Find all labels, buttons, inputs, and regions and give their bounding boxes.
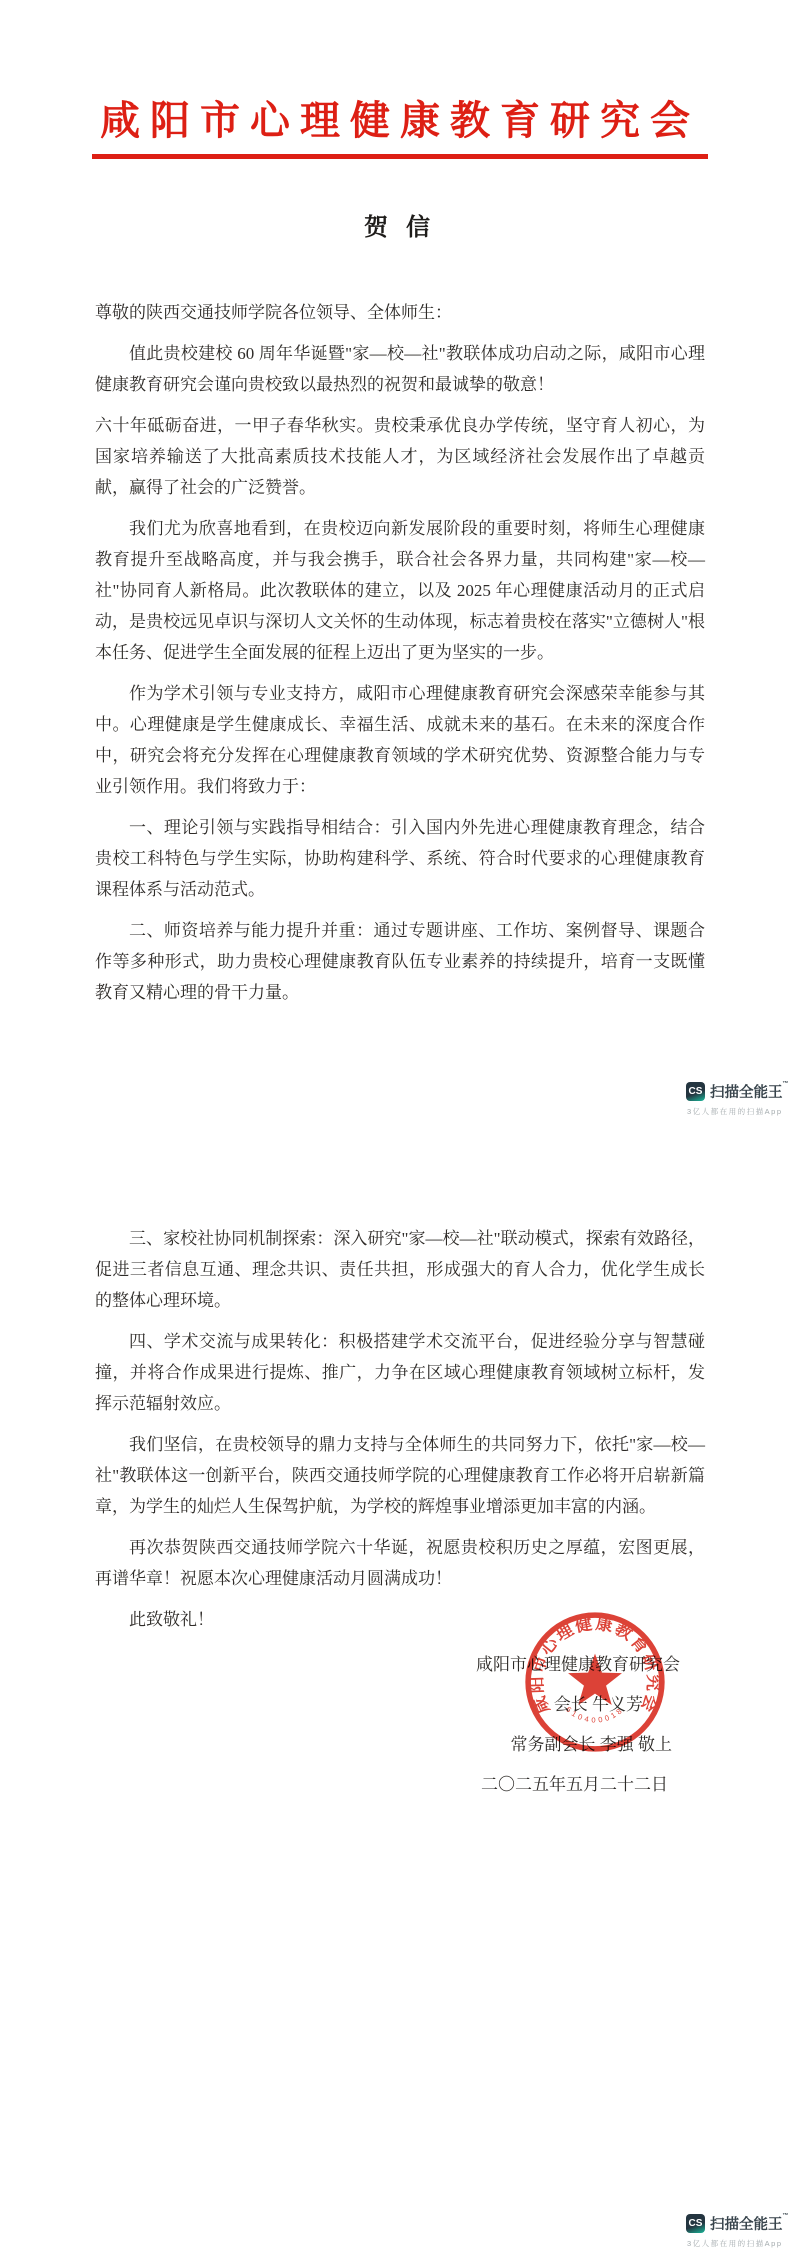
signature-date: 二〇二五年五月二十二日 (0, 1765, 800, 1805)
paragraph-10: 我们坚信，在贵校领导的鼎力支持与全体师生的共同努力下，依托"家—校—社"教联体这… (95, 1429, 705, 1522)
camscanner-brand-name: 扫描全能王™ (710, 1081, 789, 1102)
document-title: 贺 信 (0, 215, 800, 241)
paragraph-2: 值此贵校建校 60 周年华诞暨"家—校—社"教联体成功启动之际，咸阳市心理健康教… (95, 338, 705, 400)
signature-block: 咸阳市心理健康教育研究会 会长 牛义芳 常务副会长 李强 敬上 二〇二五年五月二… (0, 1645, 800, 1805)
camscanner-logo-icon: CS (686, 2214, 705, 2233)
paragraph-9: 四、学术交流与成果转化：积极搭建学术交流平台，促进经验分享与智慧碰撞，并将合作成… (95, 1326, 705, 1419)
camscanner-tagline: 3亿人都在用的扫描App (686, 1106, 798, 1117)
camscanner-logo-icon: CS (686, 1082, 705, 1101)
trademark-symbol: ™ (783, 2213, 789, 2219)
letterhead-org-title: 咸阳市心理健康教育研究会 (0, 98, 800, 144)
scanned-letter-page: 咸阳市心理健康教育研究会 贺 信 尊敬的陕西交通技师学院各位领导、全体师生：值此… (0, 0, 800, 2263)
camscanner-watermark: CS 扫描全能王™ 3亿人都在用的扫描App (686, 2213, 798, 2249)
trademark-symbol: ™ (783, 1081, 789, 1087)
paragraph-4: 我们尤为欣喜地看到，在贵校迈向新发展阶段的重要时刻，将师生心理健康教育提升至战略… (95, 513, 705, 668)
paragraph-5: 作为学术引领与专业支持方，咸阳市心理健康教育研究会深感荣幸能参与其中。心理健康是… (95, 678, 705, 802)
paragraph-6: 一、理论引领与实践指导相结合：引入国内外先进心理健康教育理念，结合贵校工科特色与… (95, 812, 705, 905)
paragraph-3: 六十年砥砺奋进，一甲子春华秋实。贵校秉承优良办学传统，坚守育人初心，为国家培养输… (95, 410, 705, 503)
signature-president: 会长 牛义芳 (0, 1685, 800, 1725)
paragraph-12: 此致敬礼！ (95, 1604, 705, 1635)
letter-body: 尊敬的陕西交通技师学院各位领导、全体师生：值此贵校建校 60 周年华诞暨"家—校… (95, 297, 705, 1635)
camscanner-brand-name: 扫描全能王™ (710, 2213, 789, 2234)
signature-org-name: 咸阳市心理健康教育研究会 (0, 1645, 800, 1685)
paragraph-1: 尊敬的陕西交通技师学院各位领导、全体师生： (95, 297, 705, 328)
paragraph-8: 三、家校社协同机制探索：深入研究"家—校—社"联动模式，探索有效路径，促进三者信… (95, 1223, 705, 1316)
signature-vice-president: 常务副会长 李强 敬上 (0, 1725, 800, 1765)
paragraph-7: 二、师资培养与能力提升并重：通过专题讲座、工作坊、案例督导、课题合作等多种形式，… (95, 915, 705, 1008)
letterhead-divider (92, 154, 708, 159)
camscanner-tagline: 3亿人都在用的扫描App (686, 2238, 798, 2249)
paragraph-11: 再次恭贺陕西交通技师学院六十华诞，祝愿贵校积历史之厚蕴，宏图更展，再谱华章！祝愿… (95, 1532, 705, 1594)
camscanner-watermark: CS 扫描全能王™ 3亿人都在用的扫描App (686, 1081, 798, 1117)
